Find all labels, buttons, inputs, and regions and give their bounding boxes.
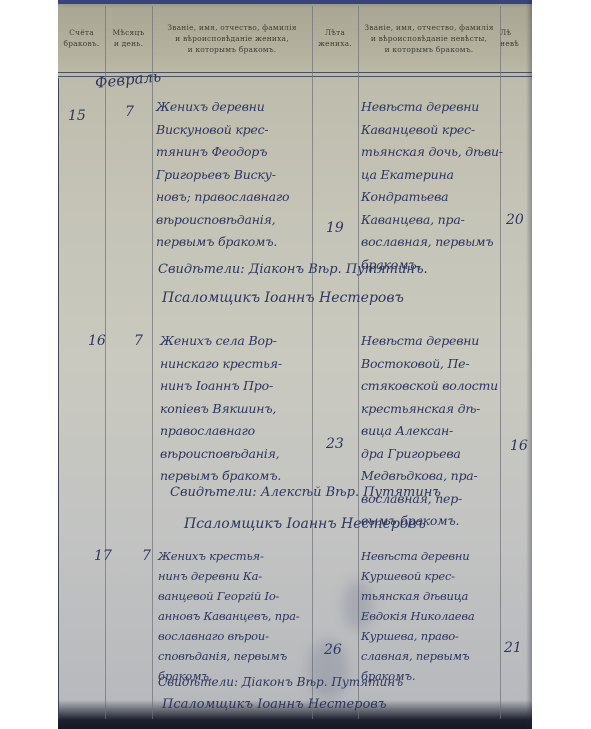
groom-details: Женихъ крестья- нинъ деревни Ка- ванцево… xyxy=(158,546,318,686)
column-rule-left xyxy=(58,78,59,719)
header-col-bride-age: Лѣ невѣ xyxy=(500,14,532,62)
entry-day: 7 xyxy=(134,333,143,349)
bride-details: Невѣста деревни Востоковой, Пе- стяковск… xyxy=(361,330,506,533)
entry-number: 15 xyxy=(68,108,86,124)
officiant-signature: Псаломщикъ Іоаннъ Нестеровъ xyxy=(162,290,522,306)
entry-day: 7 xyxy=(125,104,134,120)
bride-details: Невѣста деревни Куршевой крес- тьянская … xyxy=(361,546,506,686)
bride-age: 16 xyxy=(510,438,528,454)
bride-age: 20 xyxy=(506,212,524,228)
groom-details: Женихъ деревни Вискуновой крес- тянинъ Ф… xyxy=(156,96,316,254)
header-col-bride: Званіе, имя, отчество, фамилія и вѣроисп… xyxy=(358,14,500,62)
header-col-groom: Званіе, имя, отчество, фамилія и вѣроисп… xyxy=(152,14,312,62)
ink-smudge xyxy=(308,640,348,700)
header-col-marriage-count: Счёта браковъ. xyxy=(58,14,105,62)
entry-number: 17 xyxy=(94,548,112,564)
entry-number: 16 xyxy=(88,333,106,349)
header-col-groom-age: Лѣта жениха. xyxy=(312,14,358,62)
bride-details: Невѣста деревни Каванцевой крес- тьянска… xyxy=(361,96,506,276)
witness-line: Свидѣтели: Діаконъ Вѣр. Путятинъ. xyxy=(158,262,518,277)
officiant-signature: Псаломщикъ Іоаннъ Нестеровъ xyxy=(162,697,522,712)
groom-age: 19 xyxy=(326,220,344,236)
entry-day: 7 xyxy=(142,548,151,564)
column-rule-1 xyxy=(105,6,106,719)
officiant-signature: Псаломщикъ Іоаннъ Нестеровъ xyxy=(184,516,532,532)
witness-line: Свидѣтели: Алексѣй Вѣр. Путятинъ xyxy=(170,485,530,500)
bride-age: 21 xyxy=(504,640,522,656)
groom-details: Женихъ села Вор- нинскаго крестья- нинъ … xyxy=(160,330,320,488)
ink-smudge xyxy=(343,580,373,630)
register-page-photo: Счёта браковъ. Мѣсяцъ и день. Званіе, им… xyxy=(58,0,532,729)
column-rule-2 xyxy=(152,6,153,719)
groom-age: 23 xyxy=(326,436,344,452)
header-col-month-day: Мѣсяцъ и день. xyxy=(105,14,152,62)
